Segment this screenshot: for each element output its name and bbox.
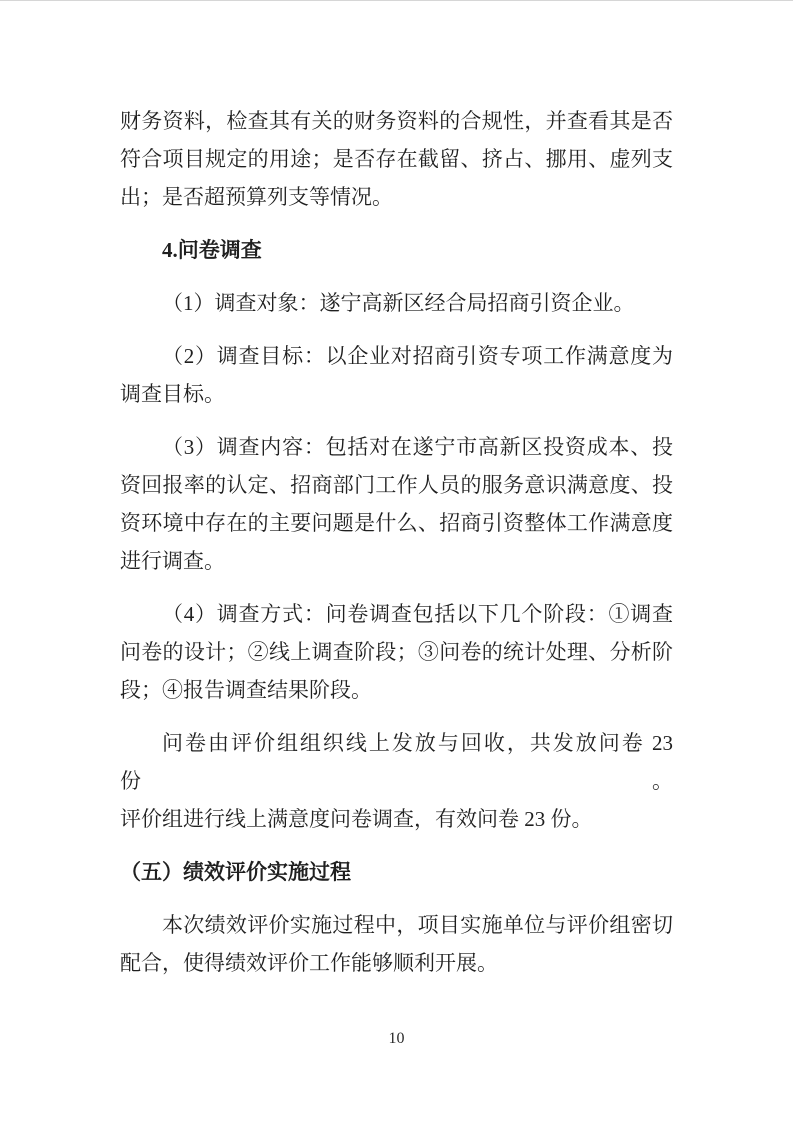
- document-page: 财务资料，检查其有关的财务资料的合规性，并查看其是否 符合项目规定的用途；是否存…: [0, 0, 793, 1122]
- text-line: 问卷的设计；②线上调查阶段；③问卷的统计处理、分析阶: [120, 633, 673, 671]
- page-number: 10: [0, 1027, 793, 1051]
- heading-text: （五）绩效评价实施过程: [120, 853, 673, 891]
- text-line: 评价组进行线上满意度问卷调查，有效问卷 23 份。: [120, 800, 673, 838]
- paragraph-questionnaire-results: 问卷由评价组组织线上发放与回收，共发放问卷 23 份。 评价组进行线上满意度问卷…: [120, 724, 673, 838]
- text-line: 资环境中存在的主要问题是什么、招商引资整体工作满意度: [120, 504, 673, 542]
- heading-text: 4.问卷调查: [120, 231, 673, 269]
- paragraph-survey-target: （1）调查对象：遂宁高新区经合局招商引资企业。: [120, 284, 673, 322]
- text-line: （2）调查目标：以企业对招商引资专项工作满意度为: [120, 337, 673, 375]
- paragraph-continuation: 财务资料，检查其有关的财务资料的合规性，并查看其是否 符合项目规定的用途；是否存…: [120, 102, 673, 216]
- text-line: 调查目标。: [120, 375, 673, 413]
- text-line: 符合项目规定的用途；是否存在截留、挤占、挪用、虚列支: [120, 140, 673, 178]
- paragraph-survey-goal: （2）调查目标：以企业对招商引资专项工作满意度为 调查目标。: [120, 337, 673, 413]
- paragraph-survey-method: （4）调查方式：问卷调查包括以下几个阶段：①调查 问卷的设计；②线上调查阶段；③…: [120, 595, 673, 709]
- text-line: 段；④报告调查结果阶段。: [120, 671, 673, 709]
- section-heading-implementation-process: （五）绩效评价实施过程: [120, 853, 673, 891]
- text-line: （4）调查方式：问卷调查包括以下几个阶段：①调查: [120, 595, 673, 633]
- text-line: 进行调查。: [120, 542, 673, 580]
- document-body: 财务资料，检查其有关的财务资料的合规性，并查看其是否 符合项目规定的用途；是否存…: [120, 102, 673, 997]
- text-line: 本次绩效评价实施过程中，项目实施单位与评价组密切: [120, 906, 673, 944]
- text-line: 资回报率的认定、招商部门工作人员的服务意识满意度、投: [120, 466, 673, 504]
- text-line: 出；是否超预算列支等情况。: [120, 178, 673, 216]
- paragraph-survey-content: （3）调查内容：包括对在遂宁市高新区投资成本、投 资回报率的认定、招商部门工作人…: [120, 428, 673, 580]
- text-line: 配合，使得绩效评价工作能够顺利开展。: [120, 944, 673, 982]
- section-heading-questionnaire: 4.问卷调查: [120, 231, 673, 269]
- text-line: 问卷由评价组组织线上发放与回收，共发放问卷 23 份。: [120, 724, 673, 800]
- text-line: （3）调查内容：包括对在遂宁市高新区投资成本、投: [120, 428, 673, 466]
- paragraph-implementation: 本次绩效评价实施过程中，项目实施单位与评价组密切 配合，使得绩效评价工作能够顺利…: [120, 906, 673, 982]
- text-line: 财务资料，检查其有关的财务资料的合规性，并查看其是否: [120, 102, 673, 140]
- text-line: （1）调查对象：遂宁高新区经合局招商引资企业。: [120, 284, 673, 322]
